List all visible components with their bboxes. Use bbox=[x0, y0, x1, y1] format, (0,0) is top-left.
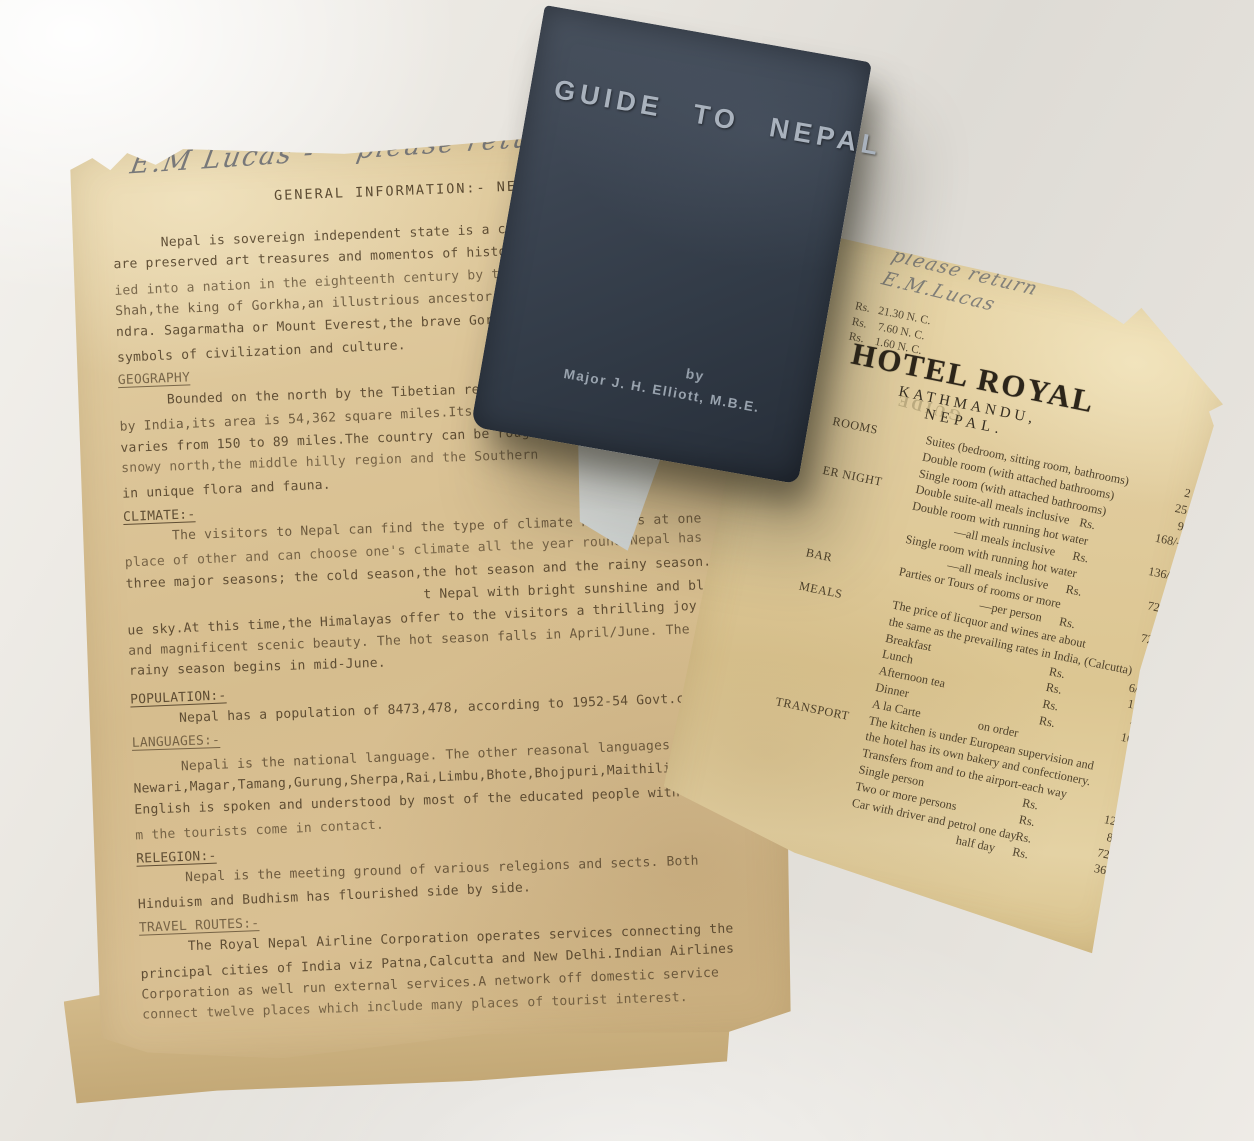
book-title: GUIDE TO NEPAL bbox=[528, 70, 860, 158]
photo-of-nepal-documents: E.M Lucas - please return GENERAL INFORM… bbox=[0, 0, 1254, 1141]
